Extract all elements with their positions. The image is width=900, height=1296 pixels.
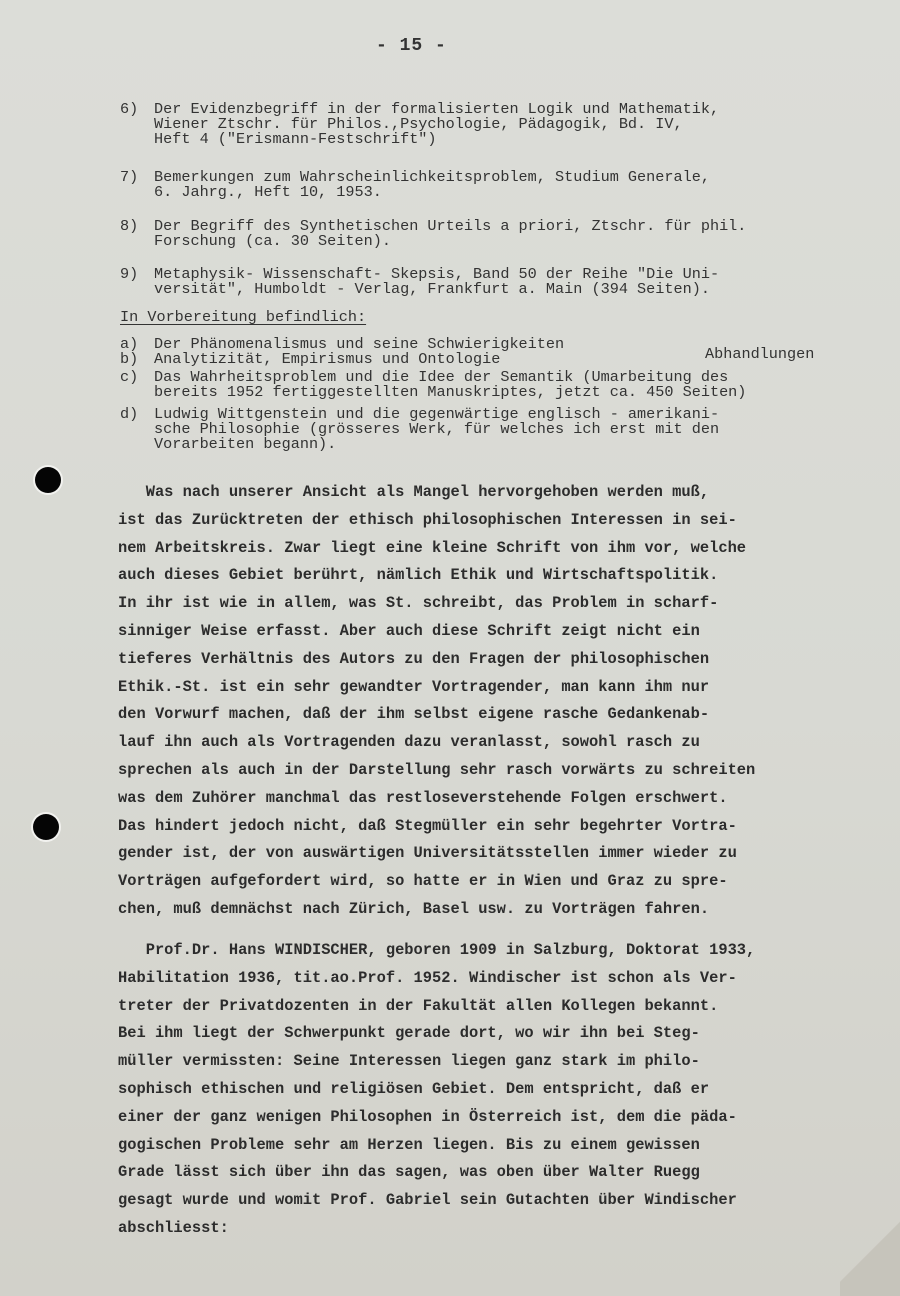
item-text: Der Evidenzbegriff in der formalisierten… xyxy=(154,102,719,147)
text-line: In ihr ist wie in allem, was St. schreib… xyxy=(118,590,900,618)
item-letter: b) xyxy=(120,352,138,367)
item-letter: c) xyxy=(120,370,138,385)
text-line: den Vorwurf machen, daß der ihm selbst e… xyxy=(118,701,900,729)
text-line: Vorträgen aufgefordert wird, so hatte er… xyxy=(118,868,900,896)
text-line: chen, muß demnächst nach Zürich, Basel u… xyxy=(118,896,900,924)
text-line: Bei ihm liegt der Schwerpunkt gerade dor… xyxy=(118,1020,900,1048)
text-line: Das hindert jedoch nicht, daß Stegmüller… xyxy=(118,813,900,841)
text-line: gender ist, der von auswärtigen Universi… xyxy=(118,840,900,868)
text-line: sinniger Weise erfasst. Aber auch diese … xyxy=(118,618,900,646)
text-line: Habilitation 1936, tit.ao.Prof. 1952. Wi… xyxy=(118,965,900,993)
text-line: auch dieses Gebiet berührt, nämlich Ethi… xyxy=(118,562,900,590)
text-line: ist das Zurücktreten der ethisch philoso… xyxy=(118,507,900,535)
text-line: Was nach unserer Ansicht als Mangel herv… xyxy=(118,479,900,507)
body-paragraph-stegmueller: Was nach unserer Ansicht als Mangel herv… xyxy=(118,479,900,924)
item-number: 7) xyxy=(120,170,138,185)
item-text: Analytizität, Empirismus und Ontologie xyxy=(154,352,500,367)
section-heading: In Vorbereitung befindlich: xyxy=(120,308,366,326)
text-line: Ethik.-St. ist ein sehr gewandter Vortra… xyxy=(118,674,900,702)
body-paragraph-windischer: Prof.Dr. Hans WINDISCHER, geboren 1909 i… xyxy=(118,937,900,1243)
text-line: nem Arbeitskreis. Zwar liegt eine kleine… xyxy=(118,535,900,563)
item-number: 9) xyxy=(120,267,138,282)
item-text: Der Begriff des Synthetischen Urteils a … xyxy=(154,219,746,249)
text-line: was dem Zuhörer manchmal das restlosever… xyxy=(118,785,900,813)
text-line: treter der Privatdozenten in der Fakultä… xyxy=(118,993,900,1021)
document-page: - 15 - 6) Der Evidenzbegriff in der form… xyxy=(0,0,900,1296)
item-text: Bemerkungen zum Wahrscheinlichkeitsprobl… xyxy=(154,170,710,200)
text-line: müller vermissten: Seine Interessen lieg… xyxy=(118,1048,900,1076)
item-text: Ludwig Wittgenstein und die gegenwärtige… xyxy=(154,407,719,452)
item-number: 8) xyxy=(120,219,138,234)
text-line: abschliesst: xyxy=(118,1215,900,1243)
text-line: sophisch ethischen und religiösen Gebiet… xyxy=(118,1076,900,1104)
text-line: einer der ganz wenigen Philosophen in Ös… xyxy=(118,1104,900,1132)
text-line: gesagt wurde und womit Prof. Gabriel sei… xyxy=(118,1187,900,1215)
item-text: Das Wahrheitsproblem und die Idee der Se… xyxy=(154,370,746,400)
item-letter: d) xyxy=(120,407,138,422)
punch-hole-top xyxy=(35,467,61,493)
text-line: sprechen als auch in der Darstellung seh… xyxy=(118,757,900,785)
item-text: Metaphysik- Wissenschaft- Skepsis, Band … xyxy=(154,267,719,297)
item-number: 6) xyxy=(120,102,138,117)
text-line: gogischen Probleme sehr am Herzen liegen… xyxy=(118,1132,900,1160)
page-number: - 15 - xyxy=(376,36,447,56)
text-line: Grade lässt sich über ihn das sagen, was… xyxy=(118,1159,900,1187)
punch-hole-bottom xyxy=(33,814,59,840)
text-line: Prof.Dr. Hans WINDISCHER, geboren 1909 i… xyxy=(118,937,900,965)
bracket-label: Abhandlungen xyxy=(705,345,814,363)
text-line: lauf ihn auch als Vortragenden dazu vera… xyxy=(118,729,900,757)
text-line: tieferes Verhältnis des Autors zu den Fr… xyxy=(118,646,900,674)
